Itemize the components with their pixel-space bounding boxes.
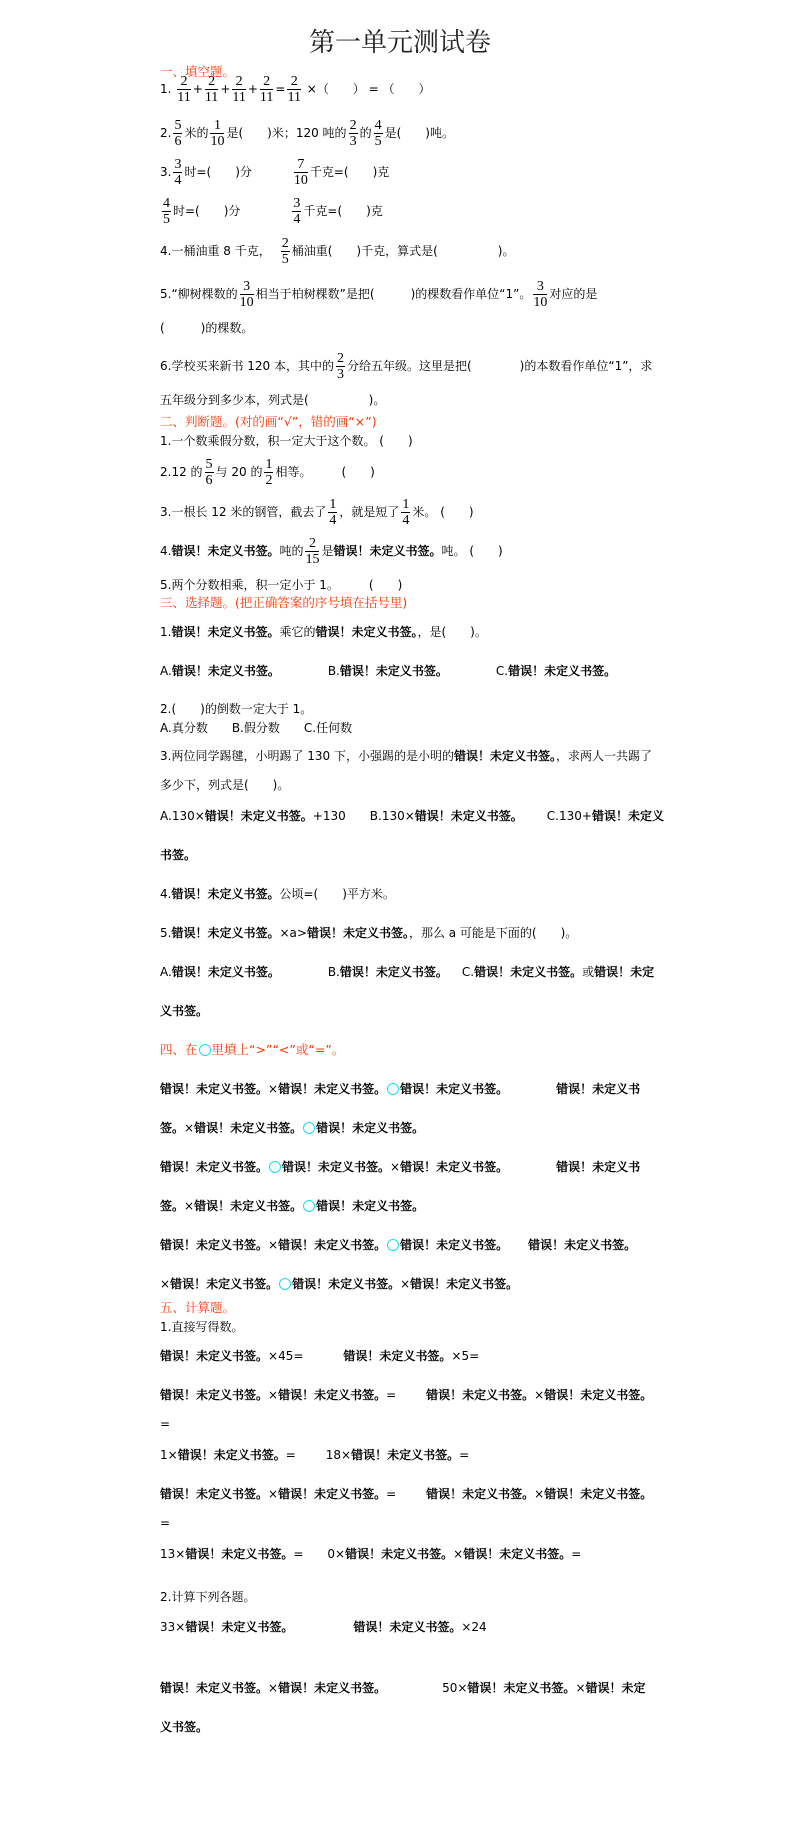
s4-row1: 错误！未定义书签。×错误！未定义书签。错误！未定义书签。错误！未定义书 (160, 1081, 640, 1097)
blank-expression: ×（ ） = （ ） (307, 82, 431, 96)
option-b: B.130×错误！未定义书签。 (370, 809, 523, 823)
s1-q6: 6.学校买来新书 120 本，其中的23分给五年级。这里是把( )的本数看作单位… (160, 351, 652, 382)
option-a: A.真分数 (160, 721, 208, 735)
option-c: C.错误！未定义书签。 (496, 664, 616, 678)
s4-row5: 错误！未定义书签。×错误！未定义书签。错误！未定义书签。错误！未定义书签。 (160, 1237, 636, 1253)
s5-sub2: 2.计算下列各题。 (160, 1589, 255, 1605)
fraction: 23 (349, 118, 358, 149)
circle-icon (199, 1044, 211, 1056)
exam-page: 第一单元测试卷 一、填空题。 1. 211+211+211+211=211 ×（… (0, 0, 800, 1824)
s3-q1-options: A.错误！未定义书签。B.错误！未定义书签。C.错误！未定义书签。 (160, 663, 616, 679)
fraction: 12 (264, 457, 273, 488)
s5-r4: 错误！未定义书签。×错误！未定义书签。=错误！未定义书签。×错误！未定义书签。 (160, 1486, 652, 1502)
option-b: B.假分数 (232, 721, 280, 735)
option-c: C.130+错误！未定义 (547, 809, 664, 823)
circle-blank[interactable] (387, 1083, 399, 1095)
fraction: 14 (401, 497, 410, 528)
option-b: B.错误！未定义书签。 (328, 965, 448, 979)
fraction: 14 (328, 497, 337, 528)
s3-q3-options-wrap: 书签。 (160, 847, 196, 863)
fraction: 211 (260, 74, 273, 105)
s3-q1: 1.错误！未定义书签。乘它的错误！未定义书签。，是( )。 (160, 624, 487, 640)
fraction: 45 (162, 196, 171, 227)
s1-q4: 4.一桶油重 8 千克，25桶油重( )千克，算式是( )。 (160, 236, 514, 267)
s4-row4: 签。×错误！未定义书签。错误！未定义书签。 (160, 1198, 424, 1214)
option-b: B.错误！未定义书签。 (328, 664, 448, 678)
circle-blank[interactable] (387, 1239, 399, 1251)
circle-blank[interactable] (303, 1122, 315, 1134)
s2-q2: 2.12 的56与 20 的12相等。 ( ) (160, 457, 375, 488)
s5-r4-wrap: = (160, 1515, 170, 1531)
option-c: C.错误！未定义书签。或错误！未定 (462, 965, 654, 979)
section-4-header: 四、在里填上“>”“<”或“=”。 (160, 1042, 344, 1058)
s1-q5-line2: ( )的棵数。 (160, 320, 253, 336)
s2-q1: 1.一个数乘假分数，积一定大于这个数。 ( ) (160, 433, 413, 449)
s1-q1: 1. 211+211+211+211=211 ×（ ） = （ ） (160, 74, 431, 105)
option-a: A.错误！未定义书签。 (160, 965, 280, 979)
s4-row3: 错误！未定义书签。错误！未定义书签。×错误！未定义书签。错误！未定义书 (160, 1159, 640, 1175)
s1-q3a: 3.34时=( )分710千克=( )克 (160, 157, 389, 188)
fraction: 34 (292, 196, 301, 227)
s3-q2-options: A.真分数B.假分数C.任何数 (160, 720, 352, 736)
option-a: A.130×错误！未定义书签。+130 (160, 809, 346, 823)
fraction: 710 (294, 157, 308, 188)
s5-r1: 错误！未定义书签。×45=错误！未定义书签。×5= (160, 1348, 479, 1364)
s4-row6: ×错误！未定义书签。错误！未定义书签。×错误！未定义书签。 (160, 1276, 518, 1292)
fraction: 211 (232, 74, 245, 105)
fraction: 211 (287, 74, 300, 105)
s1-q3b: 45时=( )分34千克=( )克 (160, 196, 383, 227)
s3-q3: 3.两位同学踢毽，小明踢了 130 下，小强踢的是小明的错误！未定义书签。，求两… (160, 748, 652, 764)
s3-q3-options: A.130×错误！未定义书签。+130B.130×错误！未定义书签。C.130+… (160, 808, 664, 824)
option-c: C.任何数 (304, 721, 352, 735)
s1-q5: 5.“柳树棵数的310相当于柏树棵数”是把( )的棵数看作单位“1”。310对应… (160, 279, 597, 310)
s2-q4: 4.错误！未定义书签。吨的215是错误！未定义书签。吨。 ( ) (160, 536, 503, 567)
bookmark-error: 错误！未定义书签。 (315, 625, 417, 639)
fraction: 45 (374, 118, 383, 149)
s3-q5-options: A.错误！未定义书签。B.错误！未定义书签。C.错误！未定义书签。或错误！未定 (160, 964, 654, 980)
option-a: A.错误！未定义书签。 (160, 664, 280, 678)
s5-c1: 33×错误！未定义书签。错误！未定义书签。×24 (160, 1619, 487, 1635)
fraction: 211 (205, 74, 218, 105)
s5-r3: 1×错误！未定义书签。=18×错误！未定义书签。= (160, 1447, 469, 1463)
bookmark-error: 错误！未定义书签。 (334, 544, 442, 558)
s1-q6-line2: 五年级分到多少本，列式是( )。 (160, 392, 385, 408)
fraction: 34 (173, 157, 182, 188)
fraction: 310 (533, 279, 547, 310)
fraction: 110 (210, 118, 224, 149)
bookmark-error: 错误！未定义书签。 (171, 625, 279, 639)
section-3-header: 三、选择题。(把正确答案的序号填在括号里) (160, 595, 407, 611)
s5-r2: 错误！未定义书签。×错误！未定义书签。=错误！未定义书签。×错误！未定义书签。 (160, 1387, 652, 1403)
fraction: 23 (336, 351, 345, 382)
fraction: 215 (305, 536, 319, 567)
circle-blank[interactable] (303, 1200, 315, 1212)
fraction: 310 (240, 279, 254, 310)
s3-q4: 4.错误！未定义书签。公顷=( )平方米。 (160, 886, 395, 902)
s2-q5: 5.两个分数相乘，积一定小于 1。 ( ) (160, 577, 402, 593)
s3-q2: 2.( )的倒数一定大于 1。 (160, 701, 312, 717)
fraction: 56 (173, 118, 182, 149)
page-title: 第一单元测试卷 (0, 22, 800, 59)
fraction: 25 (281, 236, 290, 267)
section-5-header: 五、计算题。 (160, 1300, 235, 1316)
s3-q3-line2: 多少下，列式是( )。 (160, 777, 289, 793)
s1-q2: 2.56米的110是( )米；120 吨的23的45是( )吨。 (160, 118, 454, 149)
bookmark-error: 错误！未定义书签。 (171, 544, 279, 558)
circle-blank[interactable] (269, 1161, 281, 1173)
s5-r5: 13×错误！未定义书签。=0×错误！未定义书签。×错误！未定义书签。= (160, 1546, 581, 1562)
fraction: 211 (177, 74, 190, 105)
s2-q3: 3.一根长 12 米的钢管，截去了14，就是短了14米。 ( ) (160, 497, 474, 528)
fraction: 56 (205, 457, 214, 488)
s5-r2-wrap: = (160, 1416, 170, 1432)
s3-q5-options-wrap: 义书签。 (160, 1003, 208, 1019)
s4-row2: 签。×错误！未定义书签。错误！未定义书签。 (160, 1120, 424, 1136)
s5-c2-wrap: 义书签。 (160, 1719, 208, 1735)
section-2-header: 二、判断题。(对的画“√”，错的画“×”) (160, 414, 377, 430)
s5-c2: 错误！未定义书签。×错误！未定义书签。50×错误！未定义书签。×错误！未定 (160, 1680, 646, 1696)
q-number: 1. (160, 82, 171, 96)
s5-sub1: 1.直接写得数。 (160, 1319, 243, 1335)
s3-q5: 5.错误！未定义书签。×a>错误！未定义书签。，那么 a 可能是下面的( )。 (160, 925, 577, 941)
circle-blank[interactable] (279, 1278, 291, 1290)
